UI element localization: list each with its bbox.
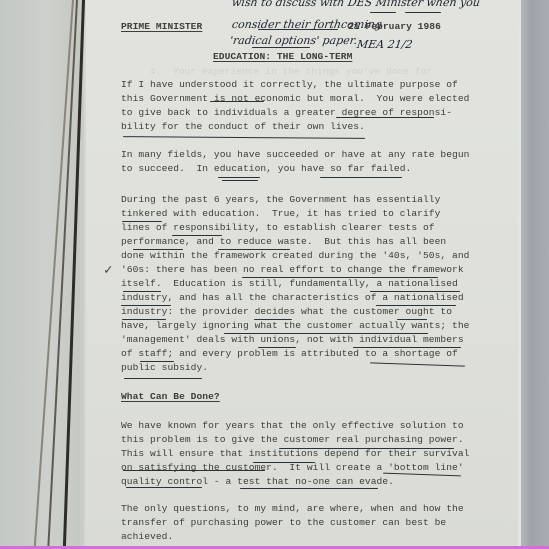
section-paragraph-2-line-3: achieved. [121,530,173,544]
paragraph-3-line-6: '60s: there has been no real effort to c… [121,263,464,277]
section-paragraph-1-line-3: This will ensure that institutions depen… [121,447,469,461]
section-paragraph-1-line-1: We have known for years that the only ef… [121,419,464,433]
paragraph-3-line-9: industry: the provider decides what the … [121,305,452,319]
paragraph-1-line-2: this Government is not economic but mora… [121,92,469,106]
paragraph-3-line-7: itself. Education is still, fundamentall… [121,277,458,291]
paragraph-1-line-1: If I have understood it correctly, the u… [121,78,458,92]
paragraph-3-line-5: done within the framework created during… [121,249,469,263]
paragraph-2-line-1: In many fields, you have succeeded or ha… [121,148,469,162]
paragraph-3-line-2: tinkered with education. True, it has tr… [121,207,440,221]
paragraph-3-line-13: public subsidy. [121,361,208,375]
paragraph-3-line-1: During the past 6 years, the Government … [121,193,440,207]
memo-title: EDUCATION: THE LONG-TERM [213,50,352,64]
memo-date: 21 February 1986 [348,20,441,34]
section-heading: What Can Be Done? [121,390,220,404]
handwritten-note-line-1: wish to discuss with DES Minister when y… [231,0,481,9]
paragraph-3-line-11: 'management' deals with unions, not with… [121,333,464,347]
paragraph-3-line-10: have, largely ignoring what the customer… [121,319,469,333]
section-paragraph-2-line-2: transfer of purchasing power to the cust… [121,516,446,530]
handwritten-initials: MEA 21/2 [356,38,413,51]
paragraph-3-line-8: industry, and has all the characteristic… [121,291,464,305]
section-heading-text: What Can Be Done? [121,391,220,402]
paragraph-3-line-4: performance, and to reduce waste. But th… [121,235,446,249]
paragraph-3-line-3: lines of responsibility, to establish cl… [121,221,435,235]
paragraph-2-line-2: to succeed. In education, you have so fa… [121,162,411,176]
section-paragraph-1-line-2: this problem is to give the customer rea… [121,433,464,447]
paragraph-1-line-3: to give back to individuals a greater de… [121,106,452,120]
paragraph-1-line-4: bility for the conduct of their own live… [121,120,365,134]
bleed-through-text: 4. Your experience in the things you've … [150,66,432,77]
addressee: PRIME MINISTER [121,20,202,34]
handwritten-note-line-3: 'radical options' paper. [229,34,358,47]
section-paragraph-2-line-1: The only questions, to my mind, are wher… [121,502,464,516]
paragraph-3-line-12: of staff; and every problem is attribute… [121,347,458,361]
margin-tick-icon: ✓ [104,262,112,279]
background-right [519,0,549,549]
